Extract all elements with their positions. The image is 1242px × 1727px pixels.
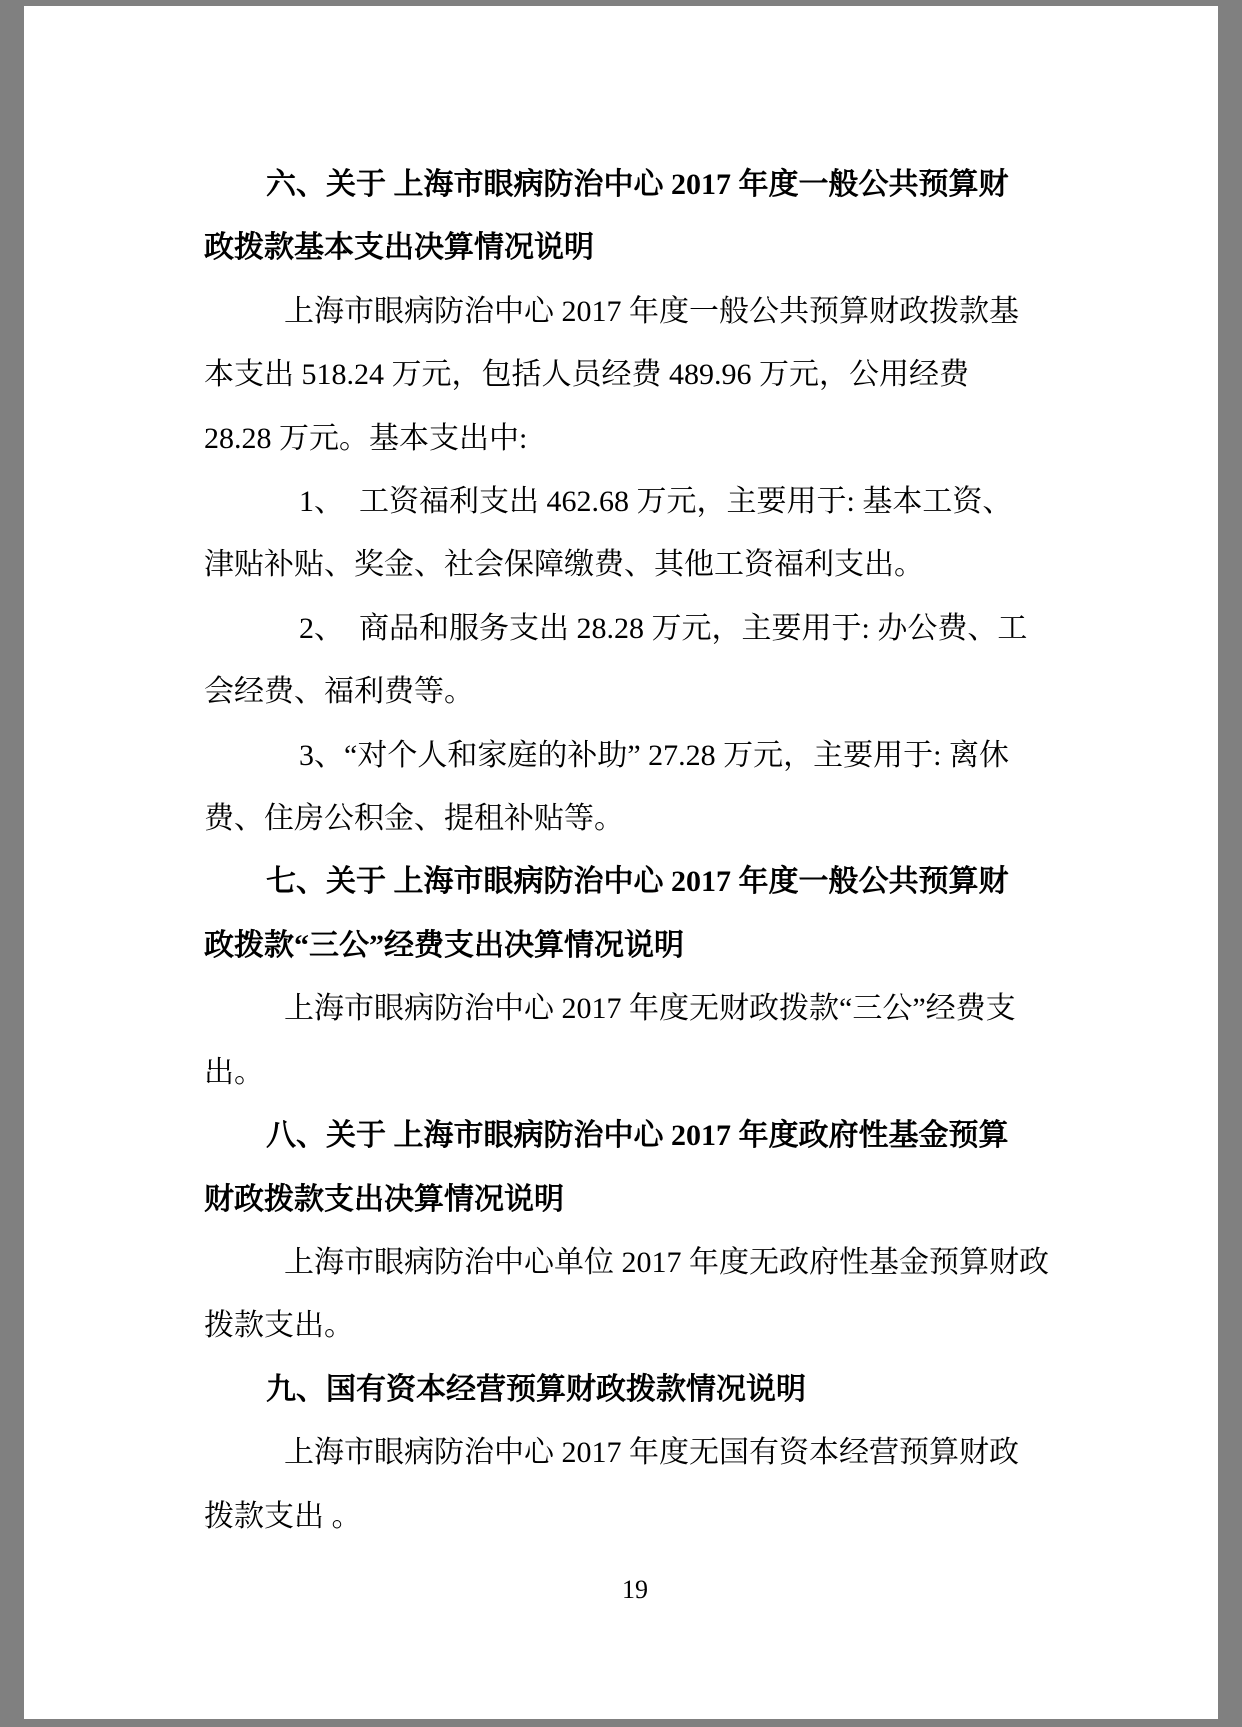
sec6-para-line3: 28.28 万元。基本支出中: (204, 407, 1049, 470)
sec9-para-line2: 拨款支出 。 (204, 1485, 1049, 1548)
sec6-para-line2: 本支出 518.24 万元，包括人员经费 489.96 万元，公用经费 (204, 343, 1049, 406)
sec6-heading-line2: 政拨款基本支出决算情况说明 (204, 216, 1049, 279)
sec9-heading: 九、国有资本经营预算财政拨款情况说明 (204, 1358, 1049, 1421)
sec7-para-line1: 上海市眼病防治中心 2017 年度无财政拨款“三公”经费支 (204, 977, 1049, 1040)
document-text-block: 六、关于 上海市眼病防治中心 2017 年度一般公共预算财 政拨款基本支出决算情… (204, 153, 1049, 1548)
sec8-heading-line1: 八、关于 上海市眼病防治中心 2017 年度政府性基金预算 (204, 1104, 1049, 1167)
sec8-para-line2: 拨款支出。 (204, 1294, 1049, 1357)
sec8-heading-line2: 财政拨款支出决算情况说明 (204, 1168, 1049, 1231)
sec8-para-line1: 上海市眼病防治中心单位 2017 年度无政府性基金预算财政 (204, 1231, 1049, 1294)
sec9-para-line1: 上海市眼病防治中心 2017 年度无国有资本经营预算财政 (204, 1421, 1049, 1484)
sec7-para-line2: 出。 (204, 1041, 1049, 1104)
sec6-heading-line1: 六、关于 上海市眼病防治中心 2017 年度一般公共预算财 (204, 153, 1049, 216)
sec7-heading-line2: 政拨款“三公”经费支出决算情况说明 (204, 914, 1049, 977)
sec6-para-line1: 上海市眼病防治中心 2017 年度一般公共预算财政拨款基 (204, 280, 1049, 343)
sec6-item3-line2: 费、住房公积金、提租补贴等。 (204, 787, 1049, 850)
sec7-heading-line1: 七、关于 上海市眼病防治中心 2017 年度一般公共预算财 (204, 850, 1049, 913)
sec6-item2-line1: 2、 商品和服务支出 28.28 万元，主要用于: 办公费、工 (204, 597, 1049, 660)
sec6-item2-line2: 会经费、福利费等。 (204, 660, 1049, 723)
page-number: 19 (24, 1575, 1218, 1605)
sec6-item1-line2: 津贴补贴、奖金、社会保障缴费、其他工资福利支出。 (204, 533, 1049, 596)
sec6-item1-line1: 1、 工资福利支出 462.68 万元，主要用于: 基本工资、 (204, 470, 1049, 533)
viewer-border-left (0, 0, 24, 1727)
document-page: 六、关于 上海市眼病防治中心 2017 年度一般公共预算财 政拨款基本支出决算情… (24, 6, 1218, 1719)
viewer-border-right (1218, 0, 1242, 1727)
viewer-border-bottom (0, 1719, 1242, 1727)
sec6-item3-line1: 3、“对个人和家庭的补助” 27.28 万元，主要用于: 离休 (204, 724, 1049, 787)
